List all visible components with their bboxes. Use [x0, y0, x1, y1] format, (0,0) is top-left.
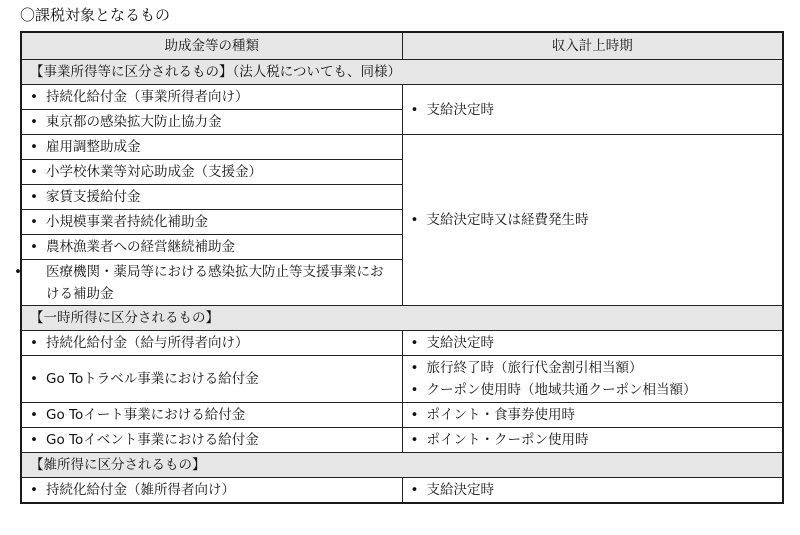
bullet-icon: •	[30, 111, 46, 133]
section-label: 【雑所得に区分されるもの】	[21, 453, 783, 478]
table-row: •雇用調整助成金 •支給決定時又は経費発生時	[21, 135, 783, 160]
income-timing-cell: •ポイント・食事券使用時	[402, 403, 783, 428]
bullet-icon: •	[30, 368, 46, 390]
section-row-occasional-income: 【一時所得に区分されるもの】	[21, 306, 783, 331]
subsidy-type-cell: •家賃支援給付金	[21, 185, 402, 210]
table-header-row: 助成金等の種類 収入計上時期	[21, 32, 783, 60]
income-timing-cell: •支給決定時	[402, 85, 783, 135]
column-header-income-timing: 収入計上時期	[402, 32, 783, 60]
bullet-icon: •	[411, 379, 427, 401]
subsidy-type-cell: •小学校休業等対応助成金（支援金）	[21, 160, 402, 185]
income-timing-cell: •支給決定時	[402, 478, 783, 504]
bullet-icon: •	[30, 211, 46, 233]
table-row: •Go Toトラベル事業における給付金 •旅行終了時（旅行代金割引相当額） •ク…	[21, 356, 783, 403]
bullet-icon: •	[411, 332, 427, 354]
bullet-icon: •	[411, 429, 427, 451]
bullet-icon: •	[30, 429, 46, 451]
subsidy-type-cell: •雇用調整助成金	[21, 135, 402, 160]
income-timing-cell: •旅行終了時（旅行代金割引相当額） •クーポン使用時（地域共通クーポン相当額）	[402, 356, 783, 403]
table-row: •Go Toイート事業における給付金 •ポイント・食事券使用時	[21, 403, 783, 428]
bullet-icon: •	[411, 209, 427, 231]
table-row: •Go Toイベント事業における給付金 •ポイント・クーポン使用時	[21, 428, 783, 453]
taxable-subsidies-table: 助成金等の種類 収入計上時期 【事業所得等に区分されるもの】（法人税についても、…	[20, 31, 784, 504]
column-header-subsidy-type: 助成金等の種類	[21, 32, 402, 60]
bullet-icon: •	[411, 404, 427, 426]
section-row-misc-income: 【雑所得に区分されるもの】	[21, 453, 783, 478]
income-timing-cell: •ポイント・クーポン使用時	[402, 428, 783, 453]
bullet-icon: •	[30, 136, 46, 158]
subsidy-type-cell: •小規模事業者持続化補助金	[21, 210, 402, 235]
section-label: 【一時所得に区分されるもの】	[21, 306, 783, 331]
subsidy-type-cell: •持続化給付金（雑所得者向け）	[21, 478, 402, 504]
bullet-icon: •	[30, 479, 46, 501]
bullet-icon: •	[30, 404, 46, 426]
bullet-icon: •	[411, 357, 427, 379]
section-label: 【事業所得等に区分されるもの】（法人税についても、同様）	[21, 60, 783, 85]
page-title: 〇課税対象となるもの	[20, 4, 170, 26]
subsidy-type-cell: •医療機関・薬局等における感染拡大防止等支援事業における補助金	[21, 260, 402, 306]
income-timing-cell: •支給決定時	[402, 331, 783, 356]
subsidy-type-cell: •持続化給付金（事業所得者向け）	[21, 85, 402, 110]
bullet-icon: •	[30, 332, 46, 354]
bullet-icon: •	[30, 86, 46, 108]
bullet-icon: •	[30, 161, 46, 183]
table-row: •持続化給付金（給与所得者向け） •支給決定時	[21, 331, 783, 356]
subsidy-type-cell: •Go Toイベント事業における給付金	[21, 428, 402, 453]
subsidy-type-cell: •Go Toイート事業における給付金	[21, 403, 402, 428]
subsidy-type-cell: •東京都の感染拡大防止協力金	[21, 110, 402, 135]
subsidy-type-cell: •持続化給付金（給与所得者向け）	[21, 331, 402, 356]
subsidy-type-cell: •農林漁業者への経営継続補助金	[21, 235, 402, 260]
subsidy-type-cell: •Go Toトラベル事業における給付金	[21, 356, 402, 403]
income-timing-cell: •支給決定時又は経費発生時	[402, 135, 783, 306]
bullet-icon: •	[411, 479, 427, 501]
table-row: •持続化給付金（事業所得者向け） •支給決定時	[21, 85, 783, 110]
bullet-icon: •	[30, 236, 46, 258]
bullet-icon: •	[30, 261, 46, 283]
section-row-business-income: 【事業所得等に区分されるもの】（法人税についても、同様）	[21, 60, 783, 85]
bullet-icon: •	[30, 186, 46, 208]
bullet-icon: •	[411, 99, 427, 121]
table-row: •持続化給付金（雑所得者向け） •支給決定時	[21, 478, 783, 504]
